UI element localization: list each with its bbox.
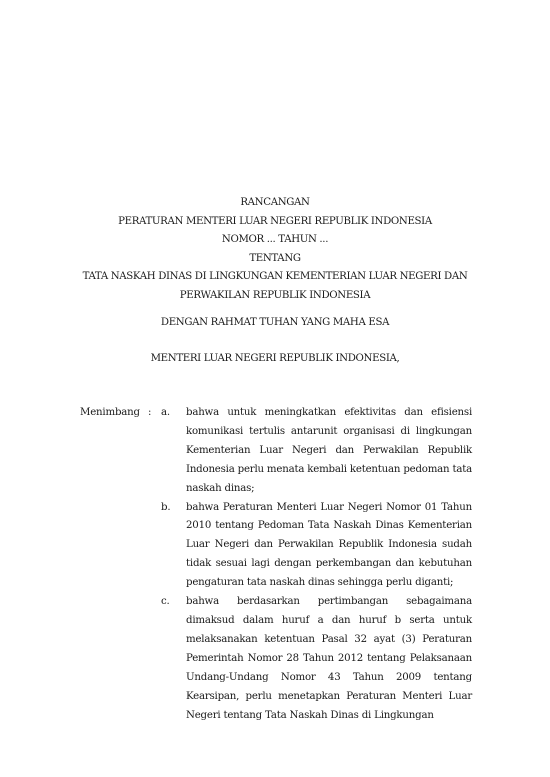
document-title-block: RANCANGAN PERATURAN MENTERI LUAR NEGERI … xyxy=(60,194,490,306)
about-label: TENTANG xyxy=(60,250,490,269)
minister-line: MENTERI LUAR NEGERI REPUBLIK INDONESIA, xyxy=(60,352,490,366)
considering-colon: : xyxy=(148,404,151,423)
item-marker: c. xyxy=(161,593,170,612)
draft-label: RANCANGAN xyxy=(60,194,490,213)
item-text: bahwa berdasarkan pertimbangan sebagaima… xyxy=(186,593,472,725)
considering-section: Menimbang : a. bahwa untuk meningkatkan … xyxy=(80,404,472,725)
regulation-title: PERATURAN MENTERI LUAR NEGERI REPUBLIK I… xyxy=(60,213,490,232)
item-text: bahwa untuk meningkatkan efektivitas dan… xyxy=(186,404,472,499)
blessing-line: DENGAN RAHMAT TUHAN YANG MAHA ESA xyxy=(60,316,490,330)
considering-item-b: b. bahwa Peraturan Menteri Luar Negeri N… xyxy=(161,499,472,594)
item-text: bahwa Peraturan Menteri Luar Negeri Nomo… xyxy=(186,499,472,594)
considering-item-a: a. bahwa untuk meningkatkan efektivitas … xyxy=(161,404,472,499)
considering-item-c: c. bahwa berdasarkan pertimbangan sebaga… xyxy=(161,593,472,725)
item-marker: a. xyxy=(161,404,170,423)
document-page: RANCANGAN PERATURAN MENTERI LUAR NEGERI … xyxy=(0,0,550,777)
considering-label: Menimbang xyxy=(80,404,140,423)
regulation-subject-line-1: TATA NASKAH DINAS DI LINGKUNGAN KEMENTER… xyxy=(60,268,490,287)
item-marker: b. xyxy=(161,499,170,518)
regulation-number: NOMOR ... TAHUN ... xyxy=(60,231,490,250)
regulation-subject-line-2: PERWAKILAN REPUBLIK INDONESIA xyxy=(60,287,490,306)
